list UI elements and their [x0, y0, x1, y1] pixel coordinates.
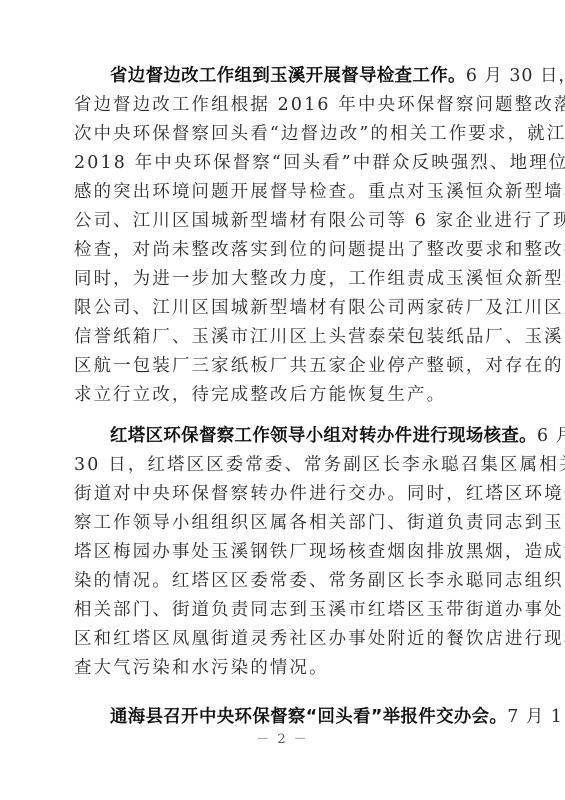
paragraph-1: 省边督边改工作组到玉溪开展督导检查工作。6 月 30 日， 省边督边改工作组根据…: [74, 62, 494, 410]
body-line: 30 日，红塔区区委常委、常务副区长李永聪召集区属相关部门、: [74, 451, 494, 480]
body-line: 相关部门、街道负责同志到玉溪市红塔区玉带街道办事处黄官社: [74, 596, 494, 625]
body-line: 次中央环保督察回头看“边督边改”的相关工作要求，就江川区: [74, 120, 494, 149]
paragraph-heading-line: 红塔区环保督察工作领导小组对转办件进行现场核查。6 月: [74, 422, 494, 451]
body-line: 区和红塔区凤凰街道灵秀社区办事处附近的餐饮店进行现场核: [74, 625, 494, 654]
body-line: 检查，对尚未整改落实到位的问题提出了整改要求和整改措施。: [74, 236, 494, 265]
body-line: 区航一包装厂三家纸板厂共五家企业停产整顿，对存在的问题要: [74, 352, 494, 381]
body-line: 求立行立改，待完成整改后方能恢复生产。: [74, 381, 494, 410]
heading-date: 6 月 30 日，: [466, 66, 565, 86]
heading-date: 6 月: [537, 426, 565, 446]
paragraph-heading-line: 省边督边改工作组到玉溪开展督导检查工作。6 月 30 日，: [74, 62, 494, 91]
paragraph-2: 红塔区环保督察工作领导小组对转办件进行现场核查。6 月 30 日，红塔区区委常委…: [74, 422, 494, 683]
body-line: 同时，为进一步加大整改力度，工作组责成玉溪恒众新型墙材有: [74, 265, 494, 294]
paragraph-heading: 省边督边改工作组到玉溪开展督导检查工作。: [110, 66, 466, 86]
body-line: 察工作领导小组组织区属各相关部门、街道负责同志到玉溪市红: [74, 509, 494, 538]
page-number: － 2 －: [0, 728, 565, 747]
body-line: 限公司、江川区国城新型墙材有限公司两家砖厂及江川区上头营: [74, 294, 494, 323]
body-line: 塔区梅园办事处玉溪钢铁厂现场核查烟囱排放黑烟，造成空气污: [74, 538, 494, 567]
body-line: 感的突出环境问题开展督导检查。重点对玉溪恒众新型墙材有限: [74, 178, 494, 207]
body-line: 2018 年中央环保督察“回头看”中群众反映强烈、地理位置敏: [74, 149, 494, 178]
body-line: 街道对中央环保督察转办件进行交办。同时，红塔区环境保护督: [74, 480, 494, 509]
body-line: 查大气污染和水污染的情况。: [74, 654, 494, 683]
body-line: 省边督边改工作组根据 2016 年中央环保督察问题整改落实及此: [74, 91, 494, 120]
body-line: 染的情况。红塔区区委常委、常务副区长李永聪同志组织区属各: [74, 567, 494, 596]
document-page: 省边督边改工作组到玉溪开展督导检查工作。6 月 30 日， 省边督边改工作组根据…: [0, 0, 565, 800]
body-line: 公司、江川区国城新型墙材有限公司等 6 家企业进行了现场监督: [74, 207, 494, 236]
heading-date: 7 月 1: [507, 707, 563, 727]
paragraph-heading: 红塔区环保督察工作领导小组对转办件进行现场核查。: [110, 426, 537, 446]
paragraph-heading: 通海县召开中央环保督察“回头看”举报件交办会。: [110, 707, 507, 727]
body-line: 信誉纸箱厂、玉溪市江川区上头营泰荣包装纸品厂、玉溪市江川: [74, 323, 494, 352]
